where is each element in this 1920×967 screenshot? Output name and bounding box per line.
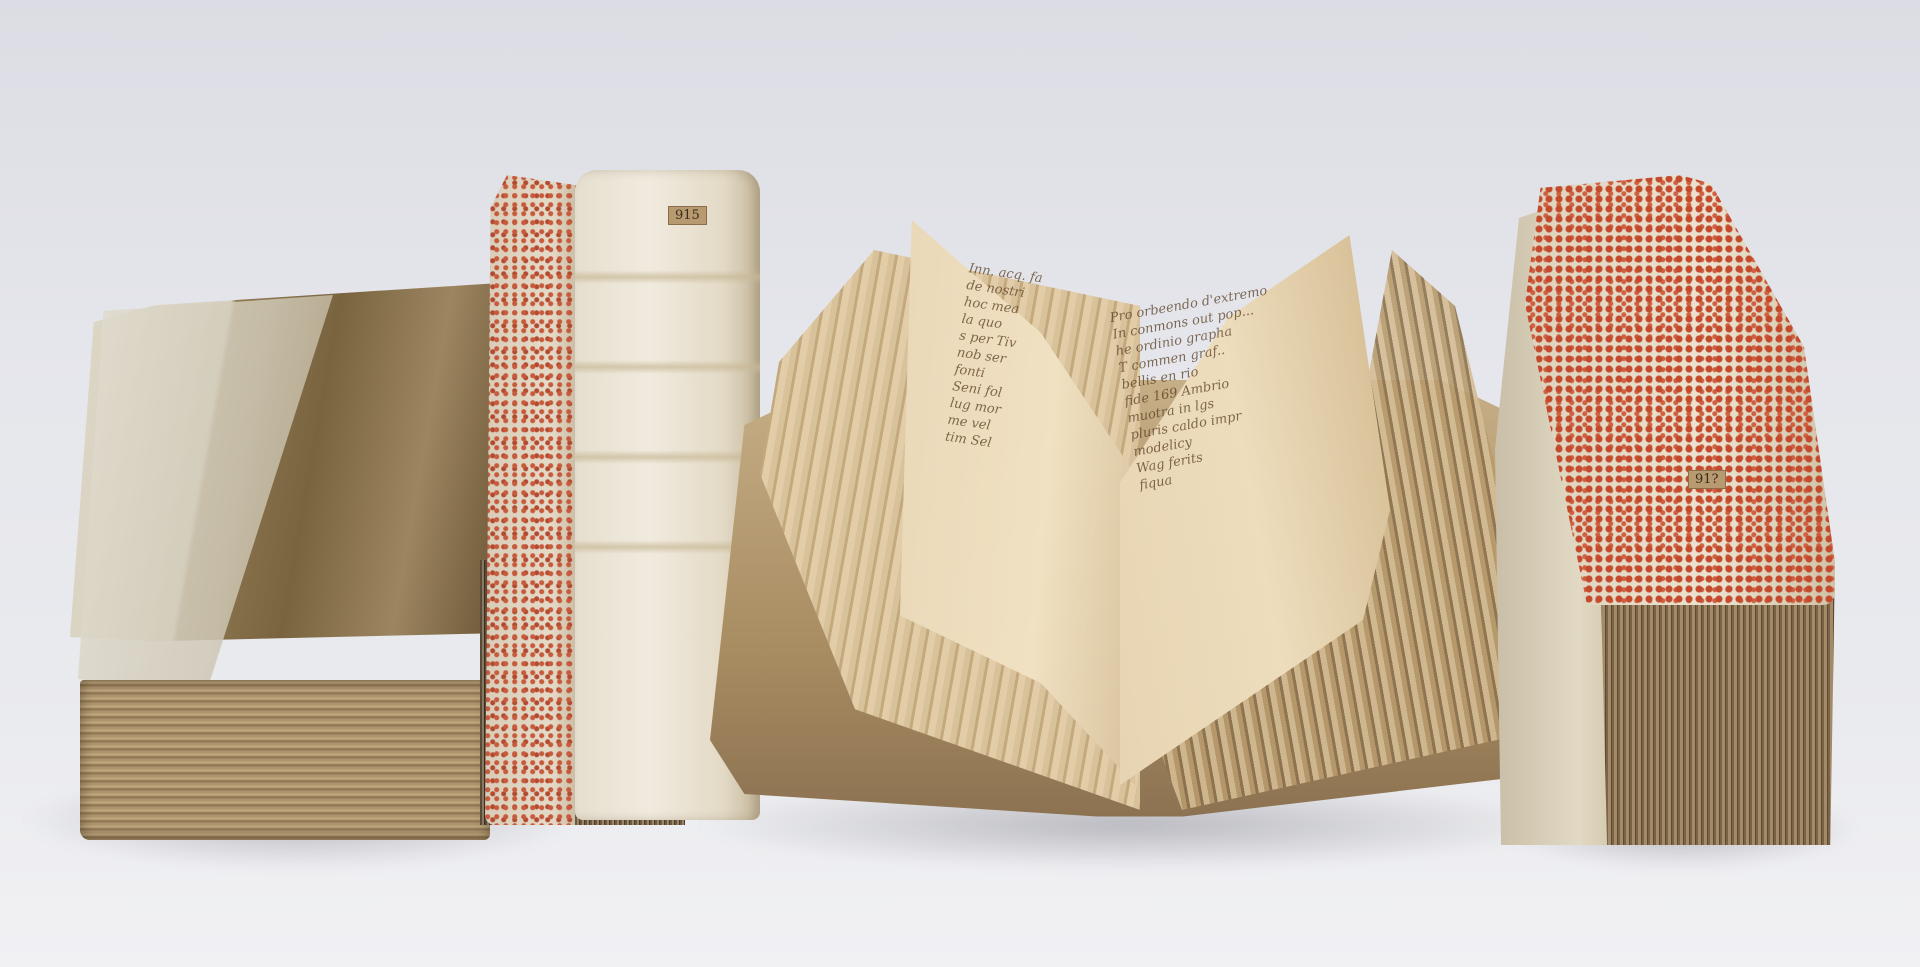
shelf-label: 915: [668, 206, 707, 225]
page-edges: [80, 680, 490, 840]
photo-scene: 916 915 Inn. acq. fa de nostri hoc mea l…: [0, 0, 1920, 967]
spine-band: [575, 270, 760, 284]
shelf-label: 91?: [1688, 470, 1726, 489]
spine-band: [575, 360, 760, 374]
spine-band: [575, 450, 760, 464]
